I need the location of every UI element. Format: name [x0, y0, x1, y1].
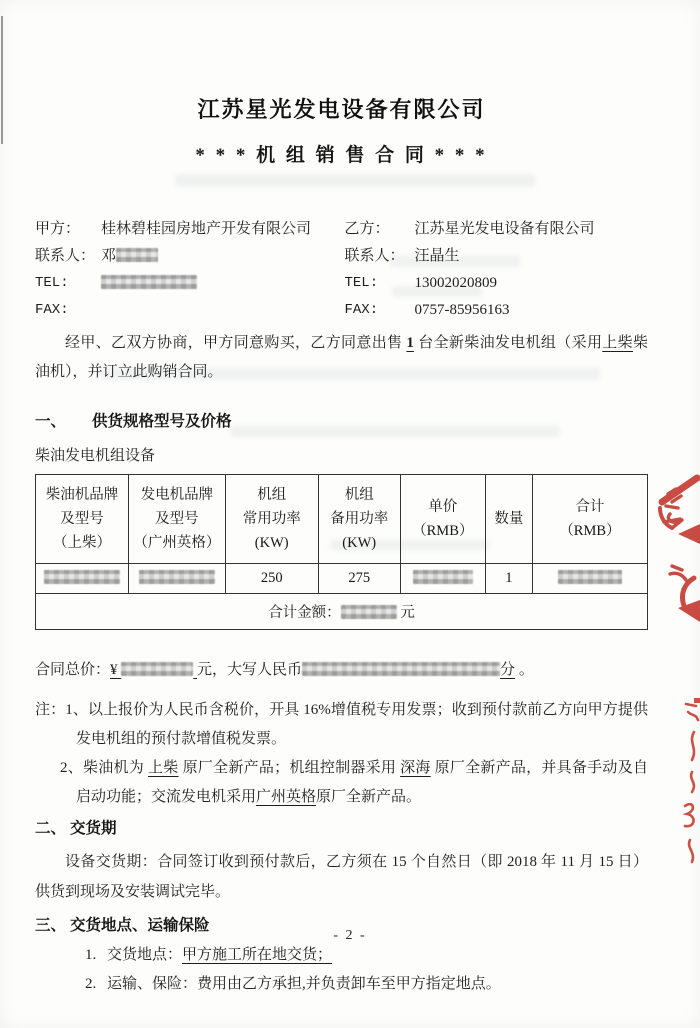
col-header-engine-brand: 柴油机品牌及型号（上柴）	[36, 475, 129, 564]
col-header-prime-power: 机组常用功率(KW)	[225, 475, 318, 564]
party-b-fax: 0757-85956163	[415, 297, 510, 324]
table-subtitle: 柴油发电机组设备	[35, 444, 648, 465]
total-amount-unit: 元	[400, 605, 415, 621]
contract-total-unit: 元，	[197, 662, 227, 678]
scan-edge-artifact	[1, 16, 3, 144]
section2-title: 交货期	[70, 820, 117, 837]
redacted-total-price	[558, 570, 622, 584]
party-a-name: 桂林碧桂园房地产开发有限公司	[101, 216, 311, 243]
party-a-contact: 邓	[101, 243, 158, 270]
cell-quantity: 1	[485, 564, 532, 594]
amount-in-words-label: 大写人民币	[227, 662, 302, 678]
note-1: 注：1、以上报价为人民币含税价，开具 16%增值税专用发票；收到预付款前乙方向甲…	[35, 696, 648, 754]
note-2-text: 原厂全新产品；机组控制器采用	[179, 760, 401, 776]
section2-number: 二、	[35, 820, 66, 837]
delivery-place-underlined: 甲方施工所在地交货；	[182, 947, 332, 963]
party-b-name-row: 乙方： 江苏星光发电设备有限公司	[345, 216, 649, 243]
col-header-alternator-brand: 发电机品牌及型号（广州英格）	[129, 475, 226, 564]
redacted-alternator-model	[139, 570, 215, 584]
section1-number: 一、	[35, 409, 66, 431]
cell-prime-power: 250	[225, 564, 318, 594]
party-b-contact-label: 联系人：	[345, 243, 415, 270]
cell-engine-model	[36, 564, 129, 594]
party-b-column: 乙方： 江苏星光发电设备有限公司 联系人： 汪晶生 TEL: 130020208…	[339, 216, 649, 324]
col-header-total: 合计（RMB）	[532, 475, 647, 564]
delivery-place-label: 交货地点：	[107, 947, 182, 963]
red-stamp-fragment-icon	[650, 472, 700, 572]
party-b-contact: 汪晶生	[415, 243, 460, 270]
party-a-tel	[101, 270, 197, 297]
item-number: 1.	[85, 942, 107, 969]
engine-brand-underlined: 上柴	[148, 760, 179, 776]
table-data-row: 250 275 1	[36, 564, 648, 594]
redacted-contract-total	[121, 662, 193, 676]
contract-total-label: 合同总价：	[35, 662, 110, 678]
intro-text: 台全新柴油发电机组（采用	[418, 335, 602, 351]
note-2-text: 原厂全新产品。	[316, 789, 421, 805]
delivery-place-item: 1.交货地点：甲方施工所在地交货；	[35, 942, 648, 969]
page-number: - 2 -	[0, 928, 700, 944]
party-a-fax-label: FAX:	[35, 297, 101, 324]
redacted-unit-price	[413, 570, 473, 584]
party-a-column: 甲方： 桂林碧桂园房地产开发有限公司 联系人： 邓 TEL: FAX:	[35, 216, 339, 324]
party-b-tel-label: TEL:	[345, 270, 415, 297]
party-a-tel-label: TEL:	[35, 270, 101, 297]
company-title: 江苏星光发电设备有限公司	[35, 93, 648, 124]
contract-total-line: 合同总价：¥ 元，大写人民币分 。	[35, 657, 648, 683]
red-handwriting-fragment-icon	[680, 698, 700, 868]
redacted-total-amount	[341, 605, 397, 619]
fen-suffix: 分	[500, 662, 515, 678]
party-a-contact-label: 联系人：	[35, 243, 101, 270]
amount-in-words-underlined: 分	[302, 662, 515, 678]
redacted-contact-name	[116, 248, 158, 262]
item-number: 2.	[85, 971, 107, 998]
cell-standby-power: 275	[318, 564, 400, 594]
party-b-tel: 13002020809	[415, 270, 498, 297]
section2-heading: 二、交货期	[35, 816, 648, 838]
party-b-name: 江苏星光发电设备有限公司	[415, 216, 595, 243]
party-b-tel-row: TEL: 13002020809	[345, 270, 649, 297]
party-a-tel-row: TEL:	[35, 270, 339, 297]
contract-title: * * * 机 组 销 售 合 同 * * *	[35, 140, 648, 167]
cell-unit-price	[400, 564, 485, 594]
redacted-engine-model	[44, 570, 120, 584]
notes-block: 注：1、以上报价为人民币含税价，开具 16%增值税专用发票；收到预付款前乙方向甲…	[35, 696, 648, 812]
note-2-number: 2、	[60, 760, 83, 776]
transport-insurance-item: 2.运输、保险：费用由乙方承担,并负责卸车至甲方指定地点。	[35, 971, 648, 998]
controller-brand-underlined: 深海	[400, 760, 431, 776]
col-header-quantity: 数量	[485, 475, 532, 564]
red-stamp-fragment-icon	[664, 560, 700, 628]
contract-total-amount-underlined: ¥	[110, 662, 197, 678]
cell-total	[532, 564, 647, 594]
intro-text: 经甲、乙双方协商，甲方同意购买，乙方同意出售	[65, 335, 402, 351]
parties-block: 甲方： 桂林碧桂园房地产开发有限公司 联系人： 邓 TEL: FAX:	[35, 216, 648, 324]
total-amount-label: 合计金额：	[268, 605, 341, 621]
table-footer-row: 合计金额： 元	[36, 594, 648, 630]
col-header-unit-price: 单价（RMB）	[400, 475, 485, 564]
contract-page-scan: 江苏星光发电设备有限公司 * * * 机 组 销 售 合 同 * * * 甲方：…	[0, 0, 700, 1028]
transport-insurance-text: 运输、保险：费用由乙方承担,并负责卸车至甲方指定地点。	[107, 976, 501, 992]
party-a-fax-row: FAX:	[35, 297, 339, 324]
equipment-spec-table: 柴油机品牌及型号（上柴） 发电机品牌及型号（广州英格） 机组常用功率(KW) 机…	[35, 474, 648, 630]
total-amount-cell: 合计金额： 元	[36, 594, 648, 630]
note-2-text: 柴油机为	[83, 760, 148, 776]
party-a-contact-row: 联系人： 邓	[35, 243, 339, 270]
party-a-name-row: 甲方： 桂林碧桂园房地产开发有限公司	[35, 216, 339, 243]
alternator-brand-underlined: 广州英格	[256, 789, 316, 805]
redacted-phone	[101, 275, 197, 289]
party-a-contact-surname: 邓	[101, 248, 116, 264]
section1-title: 供货规格型号及价格	[92, 413, 232, 430]
cell-alternator-model	[129, 564, 226, 594]
col-header-standby-power: 机组备用功率(KW)	[318, 475, 400, 564]
period: 。	[519, 662, 534, 678]
currency-symbol: ¥	[110, 662, 118, 678]
unit-count-underlined: 1	[402, 335, 418, 351]
party-b-contact-row: 联系人： 汪晶生	[345, 243, 649, 270]
note-2: 2、柴油机为 上柴 原厂全新产品；机组控制器采用 深海 原厂全新产品，并具备手动…	[35, 754, 648, 812]
party-b-label: 乙方：	[345, 216, 415, 243]
table-header-row: 柴油机品牌及型号（上柴） 发电机品牌及型号（广州英格） 机组常用功率(KW) 机…	[36, 475, 648, 564]
engine-brand-underlined: 上柴	[602, 335, 633, 351]
party-a-label: 甲方：	[35, 216, 101, 243]
party-b-fax-row: FAX: 0757-85956163	[345, 297, 649, 324]
party-b-fax-label: FAX:	[345, 297, 415, 324]
intro-paragraph: 经甲、乙双方协商，甲方同意购买，乙方同意出售1台全新柴油发电机组（采用上柴柴油机…	[35, 329, 648, 387]
section1-heading: 一、供货规格型号及价格	[35, 409, 648, 431]
delivery-paragraph: 设备交货期：合同签订收到预付款后，乙方须在 15 个自然日（即 2018 年 1…	[35, 847, 648, 907]
redacted-amount-in-words	[302, 662, 500, 676]
